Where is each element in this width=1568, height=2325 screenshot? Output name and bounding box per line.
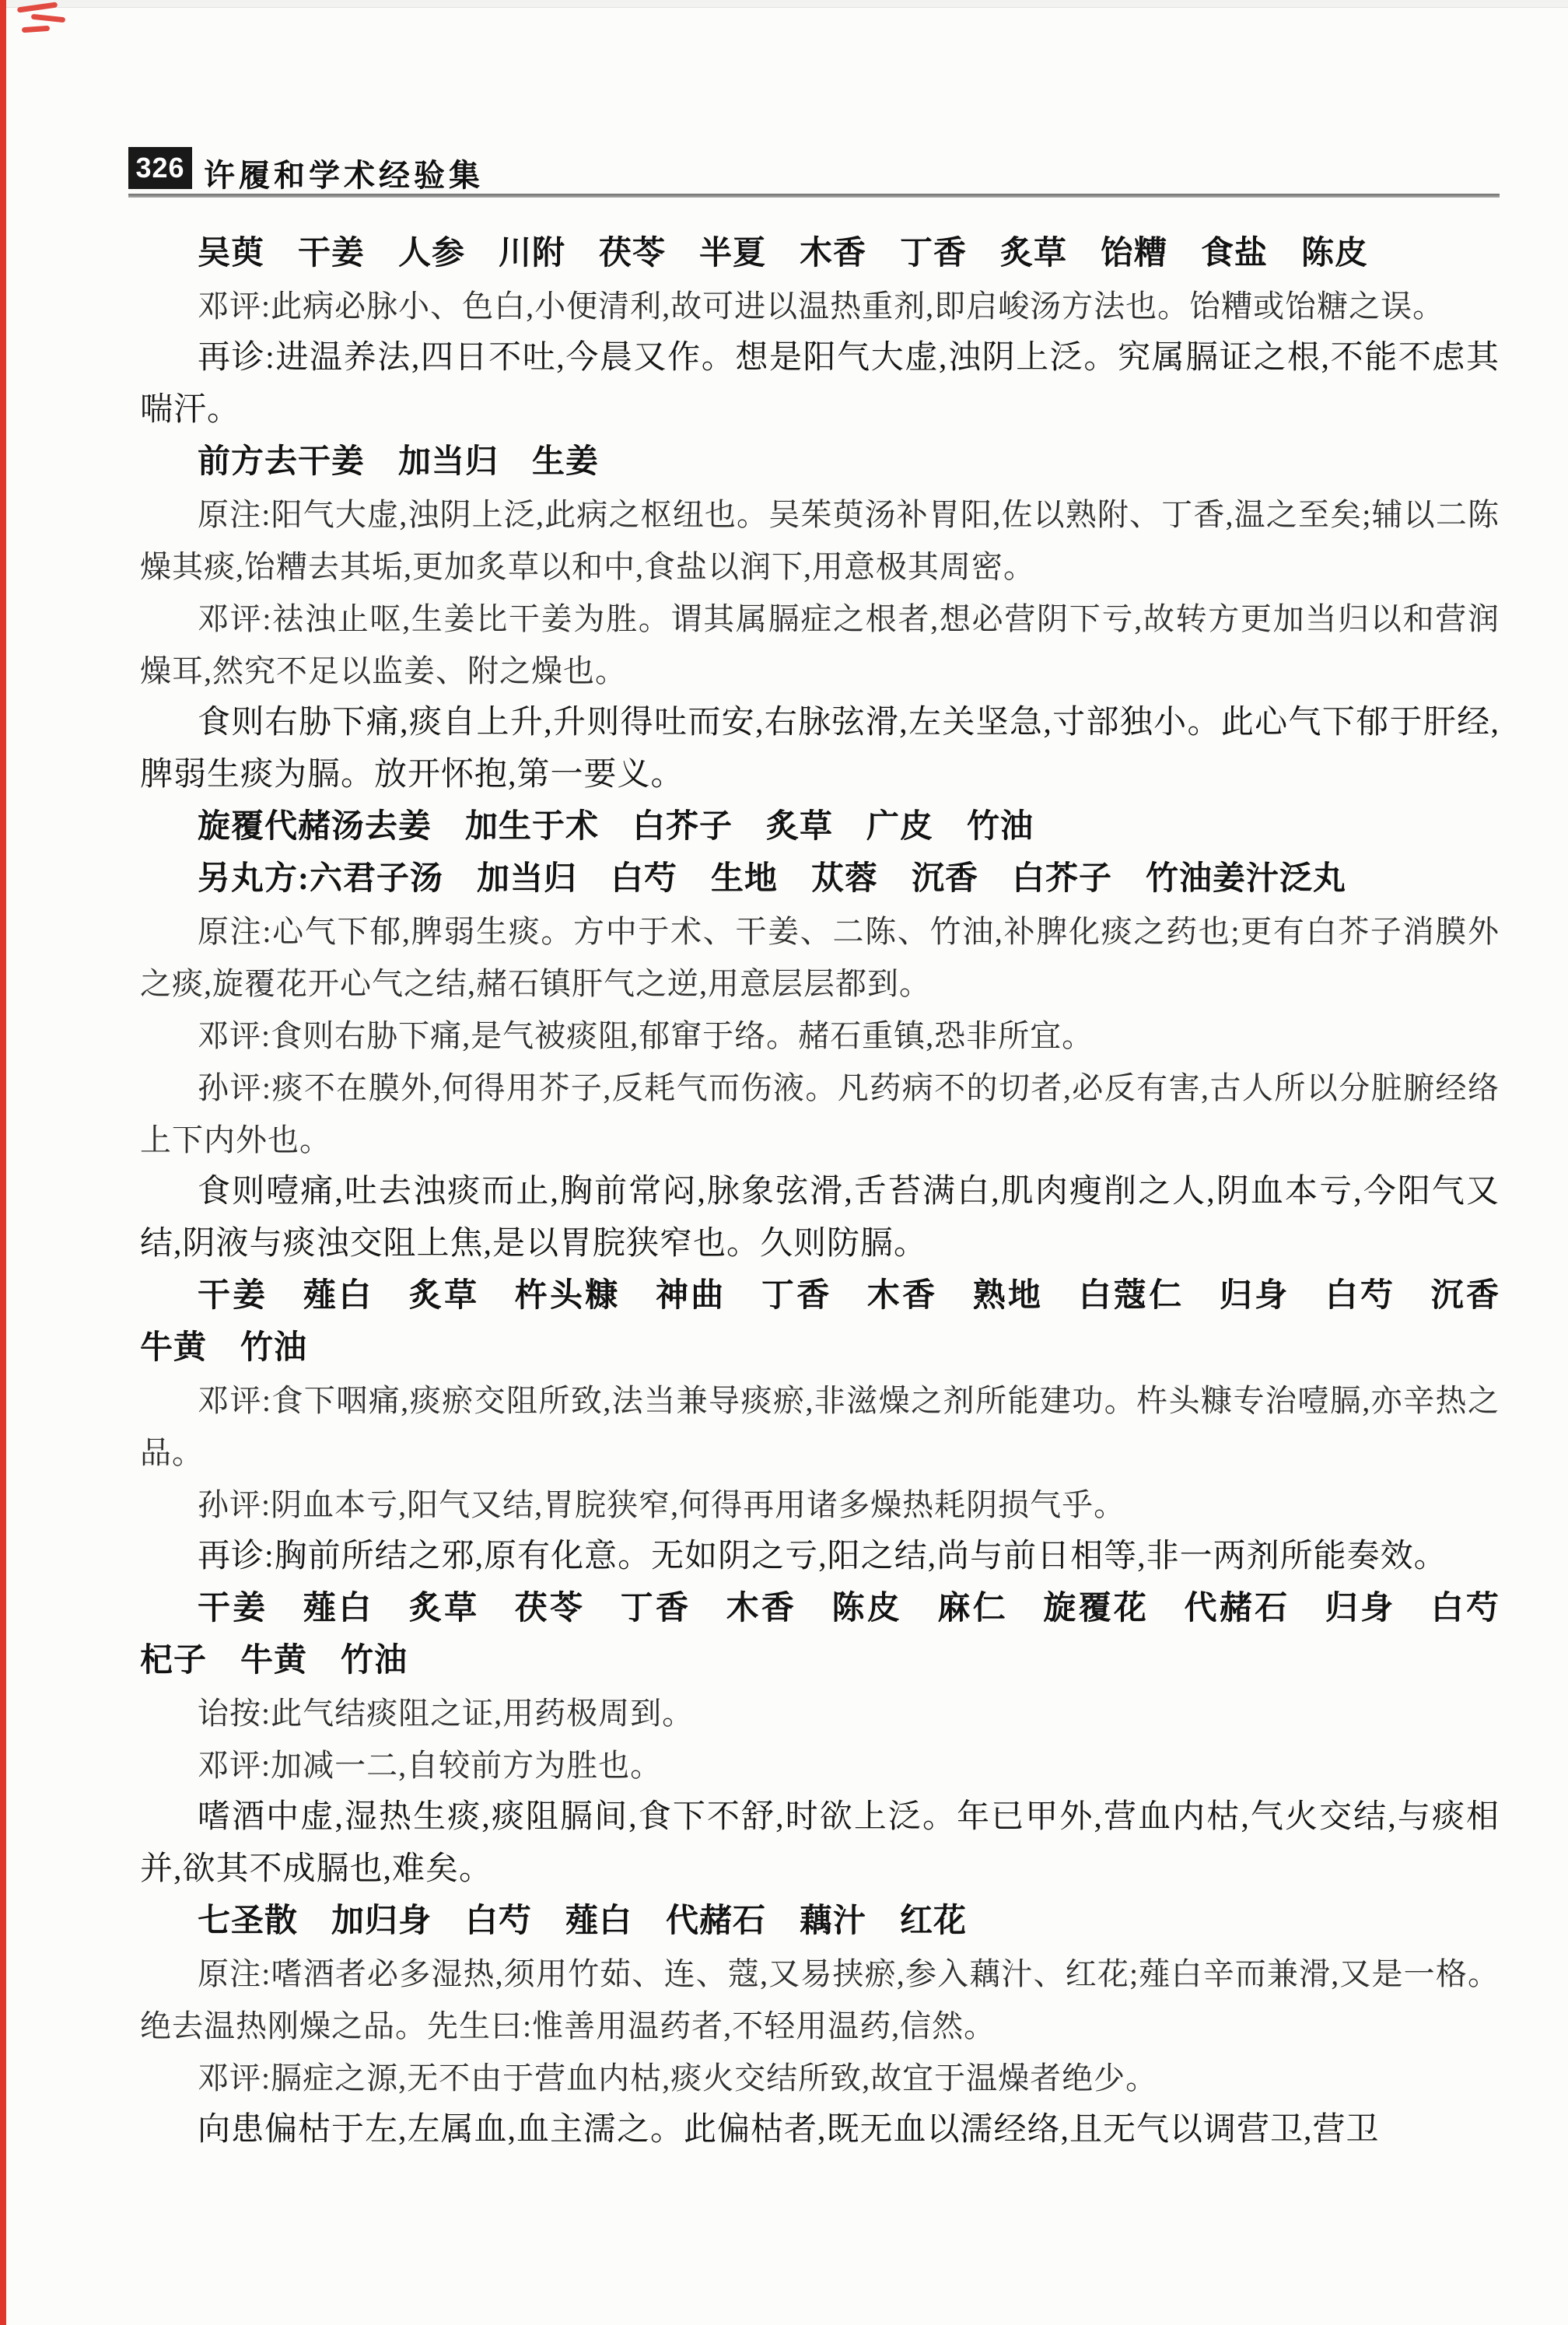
red-pen-mark <box>31 14 65 23</box>
red-left-edge-line <box>0 0 6 2325</box>
paragraph-recipe: 前方去干姜 加当归 生姜 <box>140 436 1500 488</box>
paragraph-case: 再诊:进温养法,四日不吐,今晨又作。想是阳气大虚,浊阴上泛。究属膈证之根,不能不… <box>140 332 1500 436</box>
page-body-text: 吴萸 干姜 人参 川附 茯苓 半夏 木香 丁香 炙草 饴糟 食盐 陈皮邓评:此病… <box>140 228 1500 2156</box>
paragraph-comment: 邓评:加减一二,自较前方为胜也。 <box>140 1739 1500 1791</box>
paragraph-recipe: 另丸方:六君子汤 加当归 白芍 生地 苁蓉 沉香 白芥子 竹油姜汁泛丸 <box>140 853 1500 905</box>
paragraph-comment: 邓评:食下咽痛,痰瘀交阻所致,法当兼导痰瘀,非滋燥之剂所能建功。杵头糠专治噎膈,… <box>140 1374 1500 1479</box>
paragraph-comment: 原注:嗜酒者必多湿热,须用竹茹、连、蔻,又易挟瘀,参入藕汁、红花;薤白辛而兼滑,… <box>140 1948 1500 2052</box>
paragraph-comment: 原注:阳气大虚,浊阴上泛,此病之枢纽也。吴茱萸汤补胃阳,佐以熟附、丁香,温之至矣… <box>140 488 1500 593</box>
paragraph-comment: 孙评:痰不在膜外,何得用芥子,反耗气而伤液。凡药病不的切者,必反有害,古人所以分… <box>140 1062 1500 1166</box>
book-page-scan: 326 许履和学术经验集 吴萸 干姜 人参 川附 茯苓 半夏 木香 丁香 炙草 … <box>0 0 1568 2325</box>
paragraph-comment: 邓评:食则右胁下痛,是气被痰阻,郁窜于络。赭石重镇,恐非所宜。 <box>140 1010 1500 1062</box>
paragraph-case: 向患偏枯于左,左属血,血主濡之。此偏枯者,既无血以濡经络,且无气以调营卫,营卫 <box>140 2104 1500 2156</box>
paragraph-comment: 诒按:此气结痰阻之证,用药极周到。 <box>140 1687 1500 1739</box>
paragraph-recipe: 干姜 薤白 炙草 杵头糠 神曲 丁香 木香 熟地 白蔻仁 归身 白芍 沉香 牛黄… <box>140 1270 1500 1374</box>
paragraph-comment: 原注:心气下郁,脾弱生痰。方中于术、干姜、二陈、竹油,补脾化痰之药也;更有白芥子… <box>140 905 1500 1010</box>
paragraph-comment: 邓评:祛浊止呕,生姜比干姜为胜。谓其属膈症之根者,想必营阴下亏,故转方更加当归以… <box>140 593 1500 697</box>
paragraph-case: 食则右胁下痛,痰自上升,升则得吐而安,右脉弦滑,左关坚急,寸部独小。此心气下郁于… <box>140 697 1500 801</box>
paragraph-case: 食则噎痛,吐去浊痰而止,胸前常闷,脉象弦滑,舌苔满白,肌肉瘦削之人,阴血本亏,今… <box>140 1166 1500 1270</box>
page-number: 326 <box>135 152 184 184</box>
running-head-book-title: 许履和学术经验集 <box>204 151 484 195</box>
paragraph-recipe: 吴萸 干姜 人参 川附 茯苓 半夏 木香 丁香 炙草 饴糟 食盐 陈皮 <box>140 228 1500 280</box>
paragraph-comment: 孙评:阴血本亏,阳气又结,胃脘狭窄,何得再用诸多燥热耗阴损气乎。 <box>140 1479 1500 1531</box>
page-number-badge: 326 <box>128 147 192 189</box>
paragraph-recipe: 干姜 薤白 炙草 茯苓 丁香 木香 陈皮 麻仁 旋覆花 代赭石 归身 白芍 杞子… <box>140 1583 1500 1687</box>
header-rule <box>128 194 1500 198</box>
scan-edge-band <box>0 0 1568 8</box>
paragraph-case: 嗜酒中虚,湿热生痰,痰阻膈间,食下不舒,时欲上泛。年已甲外,营血内枯,气火交结,… <box>140 1791 1500 1896</box>
paragraph-comment: 邓评:此病必脉小、色白,小便清利,故可进以温热重剂,即启峻汤方法也。饴糟或饴糖之… <box>140 280 1500 332</box>
red-pen-mark <box>22 26 50 33</box>
paragraph-recipe: 七圣散 加归身 白芍 薤白 代赭石 藕汁 红花 <box>140 1896 1500 1948</box>
paragraph-comment: 邓评:膈症之源,无不由于营血内枯,痰火交结所致,故宜于温燥者绝少。 <box>140 2052 1500 2104</box>
paragraph-recipe: 旋覆代赭汤去姜 加生于术 白芥子 炙草 广皮 竹油 <box>140 801 1500 853</box>
paragraph-case: 再诊:胸前所结之邪,原有化意。无如阴之亏,阳之结,尚与前日相等,非一两剂所能奏效… <box>140 1531 1500 1583</box>
